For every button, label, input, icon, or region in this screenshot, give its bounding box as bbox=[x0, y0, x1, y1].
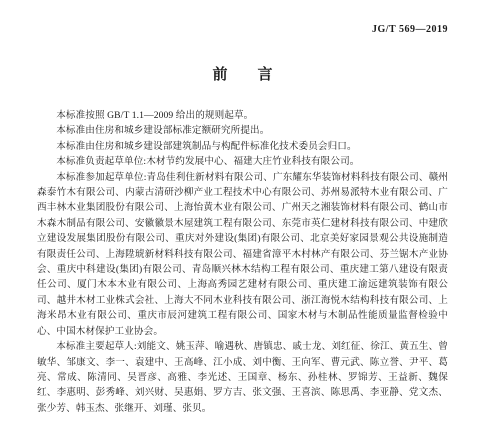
paragraph-chief-drafting-organizations: 本标准负责起草单位:木材节约发展中心、福建大庄竹业科技有限公司。 bbox=[37, 154, 448, 169]
page-title: 前 言 bbox=[37, 66, 448, 84]
paragraph-proposed-by: 本标准由住房和城乡建设部标准定额研究所提出。 bbox=[37, 123, 448, 138]
document-page: JG/T 569—2019 前 言 本标准按照 GB/T 1.1—2009 给出… bbox=[0, 0, 486, 435]
paragraph-participating-organizations: 本标准参加起草单位:青岛佳利住新材料有限公司、广东耀东华装饰材料科技有限公司、赣… bbox=[37, 170, 448, 339]
standard-code-header: JG/T 569—2019 bbox=[37, 24, 448, 36]
paragraph-drafting-rules: 本标准按照 GB/T 1.1—2009 给出的规则起草。 bbox=[37, 108, 448, 123]
paragraph-centralized-by: 本标准由住房和城乡建设部建筑制品与构配件标准化技术委员会归口。 bbox=[37, 139, 448, 154]
foreword-body: 本标准按照 GB/T 1.1—2009 给出的规则起草。 本标准由住房和城乡建设… bbox=[37, 108, 448, 416]
paragraph-chief-drafters: 本标准主要起草人:刘能文、姚玉萍、喻遇秋、唐镇忠、戚士龙、刘红征、徐江、黄五生、… bbox=[37, 339, 448, 416]
